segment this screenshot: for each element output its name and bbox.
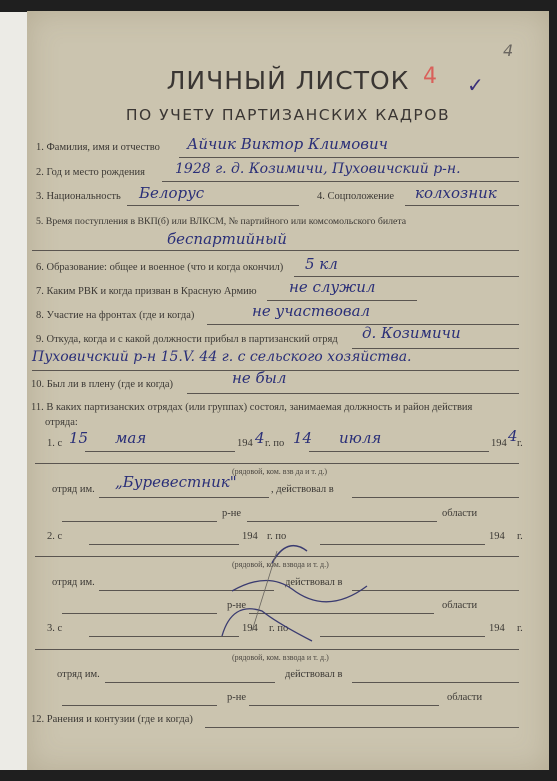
pencil-strokes <box>27 11 549 770</box>
form-sheet: ЛИЧНЫЙ ЛИСТОК ПО УЧЕТУ ПАРТИЗАНСКИХ КАДР… <box>27 11 549 770</box>
binding-strip <box>0 12 28 770</box>
